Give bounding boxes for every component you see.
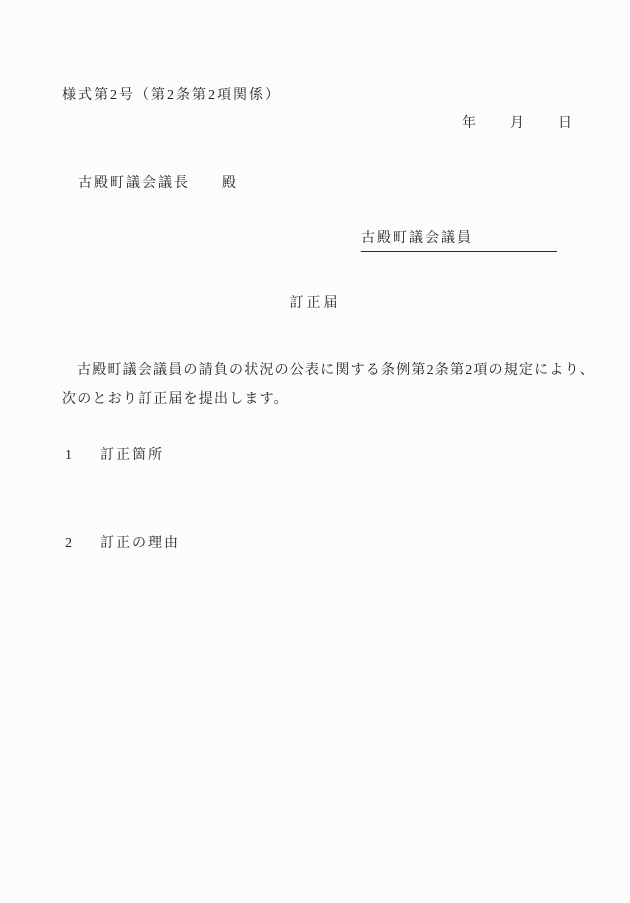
document-page: 様式第2号（第2条第2項関係） 年 月 日 古殿町議会議長 殿 古殿町議会議員 … xyxy=(0,0,630,903)
form-number-label: 様式第2号（第2条第2項関係） xyxy=(62,87,281,104)
addressee-line: 古殿町議会議長 殿 xyxy=(78,175,238,192)
document-title: 訂正届 xyxy=(0,295,630,312)
item-label: 訂正の理由 xyxy=(100,536,180,551)
item-label: 訂正箇所 xyxy=(100,448,164,463)
item-correction-reason: 2訂正の理由 xyxy=(65,535,180,552)
date-line: 年 月 日 xyxy=(462,115,574,132)
item-number: 2 xyxy=(65,535,100,552)
signer-signature-line: 古殿町議会議員 xyxy=(361,230,557,252)
item-correction-location: 1訂正箇所 xyxy=(65,447,164,464)
body-paragraph: 古殿町議会議員の請負の状況の公表に関する条例第2条第2項の規定により、 次のとお… xyxy=(62,356,607,414)
body-line-2: 次のとおり訂正届を提出します。 xyxy=(62,385,607,414)
item-number: 1 xyxy=(65,447,100,464)
body-line-1: 古殿町議会議員の請負の状況の公表に関する条例第2条第2項の規定により、 xyxy=(62,356,607,385)
